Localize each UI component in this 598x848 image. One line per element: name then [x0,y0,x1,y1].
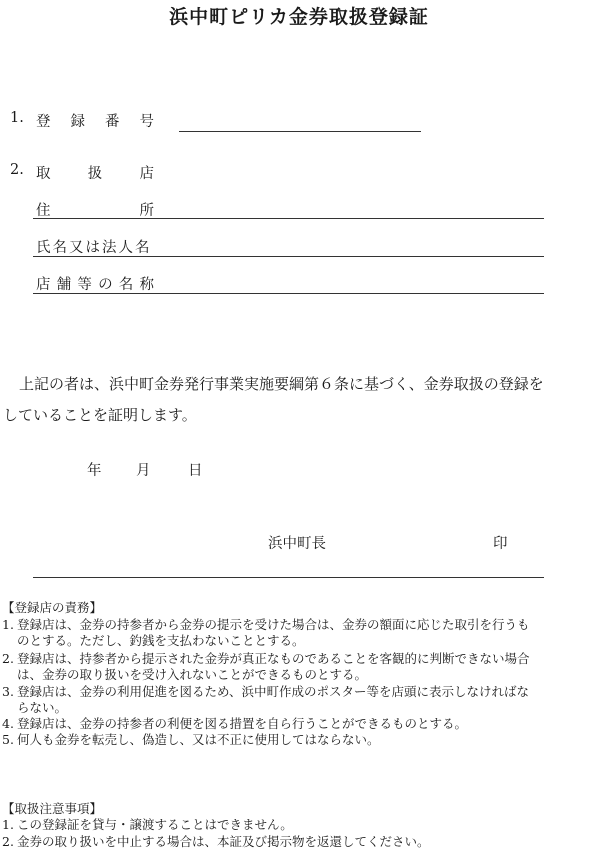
signature-divider [33,577,544,578]
duty-item-4: 4.登録店は、金券の持参者の利便を図る措置を自ら行うことができるものとする。 [2,716,596,732]
note-item-2: 2.金券の取り扱いを中止する場合は、本証及び掲示物を返還してください。 [2,834,596,848]
address-field[interactable] [33,218,544,219]
document-title: 浜中町ピリカ金券取扱登録証 [0,2,598,29]
address-label: 住 所 [36,199,154,220]
certification-line-2: していることを証明します。 [3,404,197,425]
date-day: 日 [188,459,203,480]
notes-heading: 【取扱注意事項】 [2,801,102,817]
seal-label: 印 [493,532,508,553]
handler-num: 2. [10,162,24,178]
duty-item-2: 2.登録店は、持参者から提示された金券が真正なものであることを客観的に判断できな… [2,651,596,683]
registration-number-num: 1. [10,110,24,126]
duty-item-5: 5.何人も金券を転売し、偽造し、又は不正に使用してはならない。 [2,732,596,748]
duty-item-3: 3.登録店は、金券の利用促進を図るため、浜中町作成のポスター等を店頭に表示しなけ… [2,684,596,716]
date-month: 月 [136,459,151,480]
handler-label: 取 扱 店 [36,162,154,183]
name-label: 氏名又は法人名 [36,236,152,257]
note-item-1: 1.この登録証を貸与・譲渡することはできません。 [2,817,596,833]
name-field[interactable] [33,256,544,257]
certification-line-1: 上記の者は、浜中町金券発行事業実施要綱第６条に基づく、金券取扱の登録を [19,373,544,394]
duty-item-1: 1.登録店は、金券の持参者から金券の提示を受けた場合は、金券の額面に応じた取引を… [2,617,596,649]
date-year: 年 [87,459,102,480]
store-name-label: 店 舗 等 の 名 称 [36,273,154,294]
registration-number-field[interactable] [179,131,421,132]
registration-number-label: 登 録 番 号 [36,110,154,131]
store-name-field[interactable] [33,293,544,294]
mayor-label: 浜中町長 [268,532,326,553]
duties-heading: 【登録店の責務】 [2,600,102,616]
